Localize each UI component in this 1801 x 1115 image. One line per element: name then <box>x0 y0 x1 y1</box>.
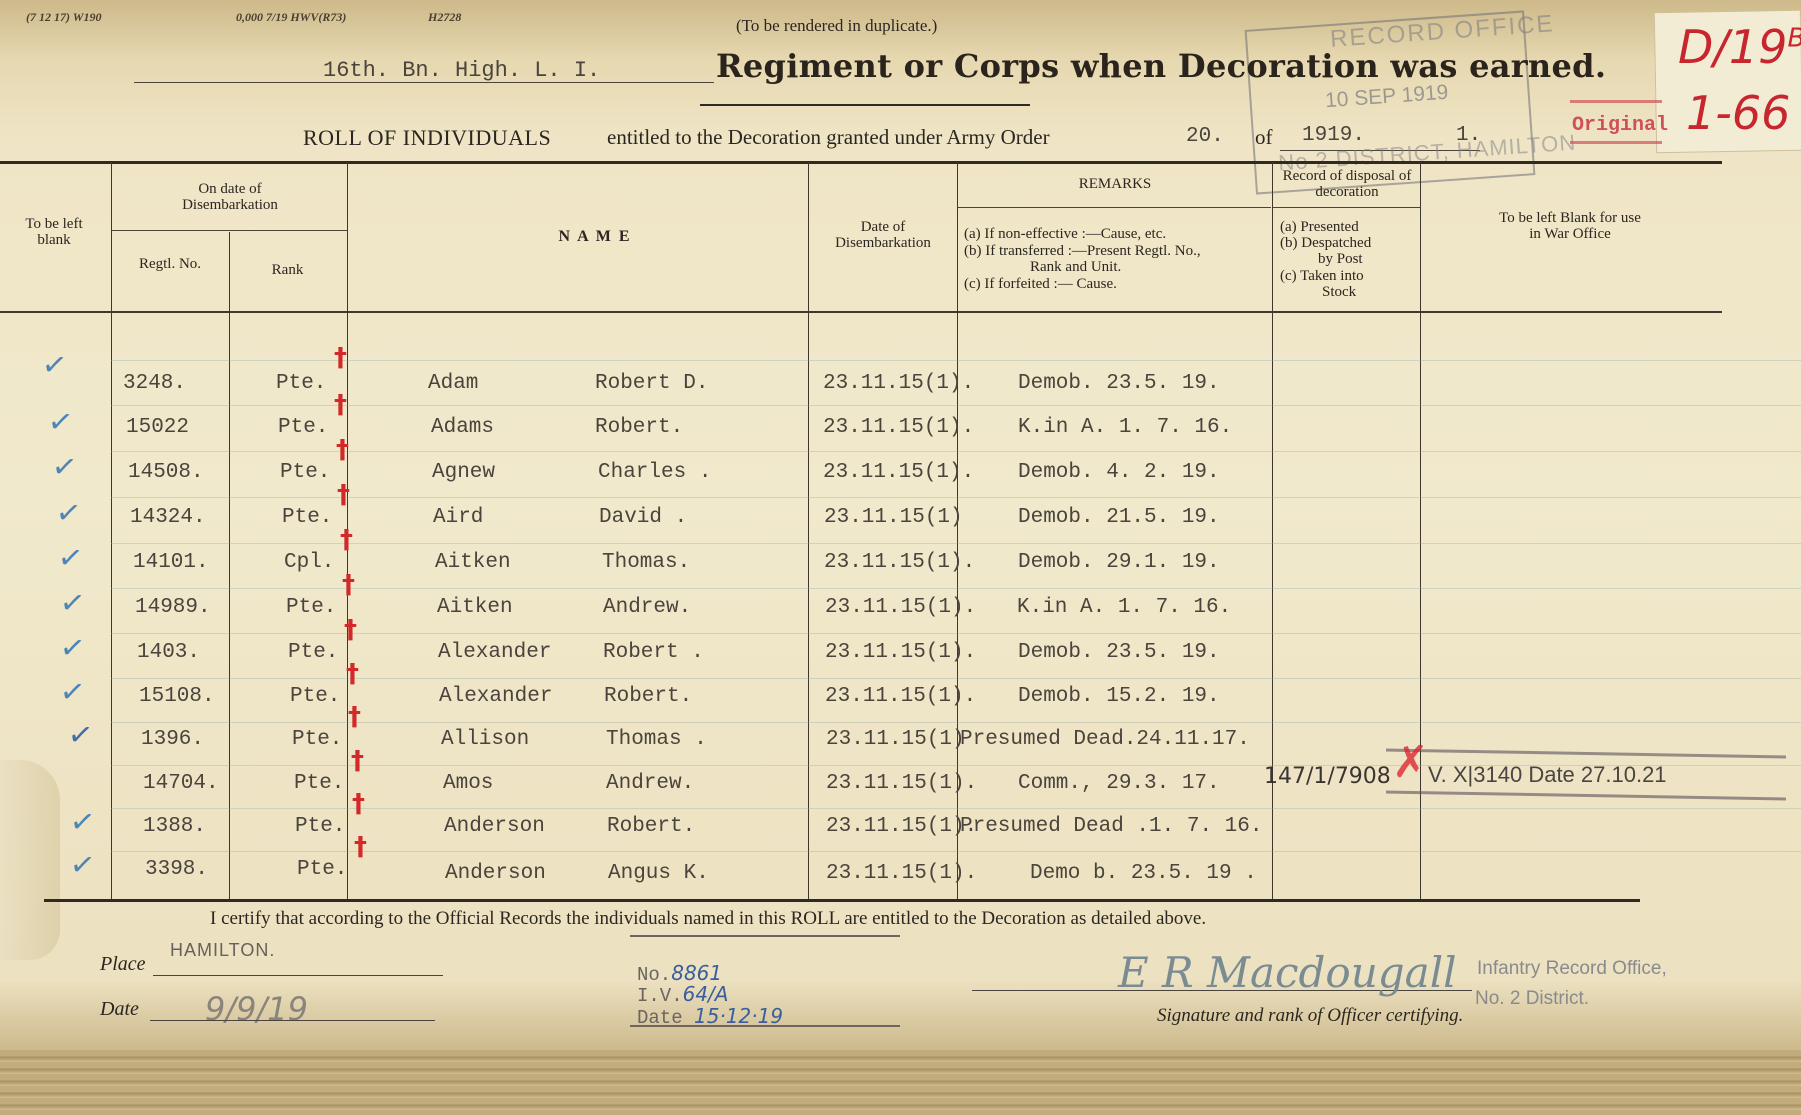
regtl-no: 15022 <box>126 416 189 439</box>
blue-check-icon: ✓ <box>58 673 88 711</box>
place-stamp: HAMILTON. <box>170 940 275 961</box>
form-code-middle: 0,000 7/19 HWV(R73) <box>236 10 346 25</box>
medal-roll-document: (7 12 17) W190 0,000 7/19 HWV(R73) H2728… <box>0 0 1801 1115</box>
red-cross-mark-icon: † <box>352 789 365 819</box>
officer-signature: E R Macdougall <box>1118 948 1457 997</box>
remarks: Demob. 23.5. 19. <box>1018 641 1220 664</box>
surname: Alexander <box>439 685 552 708</box>
disembarkation-date: 23.11.15(1) <box>826 728 965 751</box>
blue-check-icon: ✓ <box>66 716 96 754</box>
corner-ref-superscript: B <box>1787 24 1801 54</box>
regtl-no: 1396. <box>141 728 204 751</box>
roll-prefix: ROLL OF INDIVIDUALS <box>303 125 551 151</box>
header-record-of-disposal: Record of disposal of decoration <box>1276 168 1418 200</box>
army-order-number: 20. <box>1186 125 1224 148</box>
regtl-no: 14324. <box>130 506 206 529</box>
surname: Agnew <box>432 461 495 484</box>
forename: Thomas . <box>606 728 707 751</box>
header-disposal-a: (a) Presented <box>1280 219 1420 235</box>
ruled-line <box>111 360 1801 361</box>
surname: Allison <box>441 728 529 751</box>
rank: Pte. <box>290 685 340 708</box>
table-top-rule <box>0 161 1722 164</box>
ruled-line <box>111 722 1801 723</box>
rank: Pte. <box>286 596 336 619</box>
ruled-line <box>111 633 1801 634</box>
blue-check-icon: ✓ <box>56 539 86 577</box>
form-code-right: H2728 <box>428 10 461 25</box>
red-cross-mark-icon: † <box>336 435 349 465</box>
corner-ref-line1: D/19B <box>1678 20 1801 74</box>
header-rank: Rank <box>240 262 335 278</box>
disembarkation-date: 23.11.15(1). <box>825 596 976 619</box>
war-office-rule-top <box>1386 749 1786 759</box>
header-date-of-disembarkation: Date of Disembarkation <box>820 219 946 251</box>
ref-block-rule-top <box>630 935 900 937</box>
surname: Aitken <box>437 596 513 619</box>
surname: Aitken <box>435 551 511 574</box>
remarks-subheader-rule <box>957 207 1271 208</box>
forename: David . <box>599 506 687 529</box>
header-disposal-c2: Stock <box>1322 284 1402 300</box>
forename: Andrew. <box>603 596 691 619</box>
forename: Thomas. <box>602 551 690 574</box>
remarks: Demob. 21.5. 19. <box>1018 506 1220 529</box>
regtl-no: 1388. <box>143 815 206 838</box>
red-x-cancel-mark-icon: ✗ <box>1392 737 1429 788</box>
remarks: K.in A. 1. 7. 16. <box>1017 596 1231 619</box>
red-cross-mark-icon: † <box>348 702 361 732</box>
disembarkation-date: 23.11.15(1). <box>823 416 974 439</box>
header-disposal-b: (b) Despatched <box>1280 235 1420 251</box>
rank: Pte. <box>276 372 326 395</box>
surname: Adam <box>428 372 478 395</box>
surname: Adams <box>431 416 494 439</box>
regtl-no: 14989. <box>135 596 211 619</box>
ruled-line <box>111 497 1801 498</box>
disembarkation-date: 23.11.15(1). <box>825 641 976 664</box>
remarks: Presumed Dead .1. 7. 16. <box>960 815 1262 838</box>
disposal-subheader-rule <box>1272 207 1421 208</box>
header-remarks-b: (b) If transferred :—Present Regtl. No., <box>964 243 1269 259</box>
office-stamp-line1: Infantry Record Office, <box>1477 958 1667 980</box>
disembarkation-date: 23.11.15(1). <box>826 862 977 885</box>
page-stack-edge <box>0 1050 1801 1115</box>
forename: Charles . <box>598 461 711 484</box>
remarks: Demob. 23.5. 19. <box>1018 372 1220 395</box>
surname: Anderson <box>444 815 545 838</box>
date-underline <box>150 1020 435 1021</box>
disembarkation-date: 23.11.15(1). <box>826 815 977 838</box>
blue-check-icon: ✓ <box>40 346 70 384</box>
red-cross-mark-icon: † <box>351 746 364 776</box>
table-bottom-rule <box>44 899 1640 902</box>
disembarkation-date: 23.11.15(1) <box>824 506 963 529</box>
form-code-left: (7 12 17) W190 <box>26 10 101 25</box>
red-cross-mark-icon: † <box>342 570 355 600</box>
header-name: N A M E <box>520 229 670 245</box>
date-label: Date <box>100 998 139 1021</box>
blue-check-icon: ✓ <box>68 803 98 841</box>
red-cross-mark-icon: † <box>340 525 353 555</box>
forename: Angus K. <box>608 862 709 885</box>
ruled-line <box>111 543 1801 544</box>
blue-check-icon: ✓ <box>58 629 88 667</box>
regtl-no: 3248. <box>123 372 186 395</box>
remarks: Demob. 29.1. 19. <box>1018 551 1220 574</box>
red-cross-mark-icon: † <box>344 615 357 645</box>
rank: Pte. <box>288 641 338 664</box>
signature-caption: Signature and rank of Officer certifying… <box>1157 1005 1463 1027</box>
red-cross-mark-icon: † <box>354 832 367 862</box>
regtl-no: 14508. <box>128 461 204 484</box>
red-cross-mark-icon: † <box>346 659 359 689</box>
place-label: Place <box>100 953 146 976</box>
disembarkation-date: 23.11.15(1). <box>823 372 974 395</box>
header-war-office: To be left Blank for use in War Office <box>1495 210 1645 242</box>
regtl-no: 1403. <box>137 641 200 664</box>
ref-block-rule-bottom <box>630 1025 900 1027</box>
certification-date: 9/9/19 <box>205 990 308 1028</box>
header-on-date-of-disembarkation: On date of Disembarkation <box>150 181 310 213</box>
place-underline <box>153 975 443 976</box>
regtl-no: 14704. <box>143 772 219 795</box>
disembarkation-date: 23.11.15(1). <box>823 461 974 484</box>
header-regtl-no: Regtl. No. <box>135 256 205 272</box>
col-line-4 <box>808 162 809 899</box>
regtl-no: 3398. <box>145 858 208 881</box>
order-year: 1919. <box>1302 124 1365 147</box>
torn-edge <box>0 760 60 960</box>
blue-check-icon: ✓ <box>50 448 80 486</box>
regtl-no: 14101. <box>133 551 209 574</box>
header-remarks-c: (c) If forfeited :— Cause. <box>964 276 1269 292</box>
remarks: Demo b. 23.5. 19 . <box>1030 862 1257 885</box>
remarks: Demob. 15.2. 19. <box>1018 685 1220 708</box>
rank: Pte. <box>295 815 345 838</box>
red-cross-mark-icon: † <box>334 390 347 420</box>
rank: Pte. <box>297 858 347 881</box>
header-disposal-c: (c) Taken into <box>1280 268 1420 284</box>
original-stamp-rule-top <box>1570 100 1662 103</box>
corner-ref-code: D/19 <box>1678 20 1787 74</box>
rank: Cpl. <box>284 551 334 574</box>
red-cross-mark-icon: † <box>337 480 350 510</box>
surname: Alexander <box>438 641 551 664</box>
certification-statement: I certify that according to the Official… <box>210 908 1206 930</box>
duplicate-instruction: (To be rendered in duplicate.) <box>736 16 937 36</box>
blue-check-icon: ✓ <box>68 846 98 884</box>
blue-check-icon: ✓ <box>54 494 84 532</box>
regtl-no: 15108. <box>139 685 215 708</box>
forename: Robert. <box>604 685 692 708</box>
surname: Anderson <box>445 862 546 885</box>
title-rule <box>700 104 1030 106</box>
forename: Robert. <box>607 815 695 838</box>
rank: Pte. <box>278 416 328 439</box>
disembarkation-date: 23.11.15(1). <box>826 772 977 795</box>
rank: Pte. <box>292 728 342 751</box>
disposal-reference: 147/1/7908 <box>1264 764 1391 789</box>
original-stamp-rule-bottom <box>1570 141 1662 144</box>
header-to-be-left-blank: To be left blank <box>14 216 94 248</box>
on-date-subheader-rule <box>111 230 347 231</box>
regiment-value: 16th. Bn. High. L. I. <box>323 58 600 83</box>
forename: Robert. <box>595 416 683 439</box>
col-line-2 <box>229 232 230 899</box>
blue-check-icon: ✓ <box>46 403 76 441</box>
remarks: Demob. 4. 2. 19. <box>1018 461 1220 484</box>
header-disposal-b2: by Post <box>1318 251 1418 267</box>
rank: Pte. <box>282 506 332 529</box>
regiment-label: Regiment or Corps when Decoration was ea… <box>716 47 1606 85</box>
ruled-line <box>111 588 1801 589</box>
forename: Robert D. <box>595 372 708 395</box>
table-header-rule <box>0 311 1722 313</box>
roll-text: entitled to the Decoration granted under… <box>607 125 1050 150</box>
rank: Pte. <box>280 461 330 484</box>
ruled-line <box>111 678 1801 679</box>
header-remarks-b2: Rank and Unit. <box>1030 259 1230 275</box>
forename: Robert . <box>603 641 704 664</box>
header-remarks-a: (a) If non-effective :—Cause, etc. <box>964 226 1269 242</box>
blue-check-icon: ✓ <box>58 584 88 622</box>
disembarkation-date: 23.11.15(1). <box>824 551 975 574</box>
war-office-rule-bottom <box>1386 791 1786 801</box>
surname: Aird <box>433 506 483 529</box>
war-office-entry: V. X|3140 Date 27.10.21 <box>1428 762 1667 788</box>
ruled-line <box>111 451 1801 452</box>
iv-value: 64/A <box>683 982 729 1006</box>
forename: Andrew. <box>606 772 694 795</box>
ruled-line <box>111 405 1801 406</box>
remarks: K.in A. 1. 7. 16. <box>1018 416 1232 439</box>
roll-of-label: of <box>1255 125 1273 150</box>
remarks: Presumed Dead.24.11.17. <box>960 728 1250 751</box>
rank: Pte. <box>294 772 344 795</box>
col-line-7 <box>1420 162 1421 899</box>
disembarkation-date: 23.11.15(1). <box>825 685 976 708</box>
header-remarks: REMARKS <box>1050 176 1180 192</box>
red-cross-mark-icon: † <box>334 343 347 373</box>
corner-ref-line2: 1-66 <box>1686 86 1790 140</box>
original-stamp: Original <box>1572 114 1668 137</box>
office-stamp-line2: No. 2 District. <box>1475 988 1589 1010</box>
surname: Amos <box>443 772 493 795</box>
remarks: Comm., 29.3. 17. <box>1018 772 1220 795</box>
col-line-1 <box>111 162 112 899</box>
